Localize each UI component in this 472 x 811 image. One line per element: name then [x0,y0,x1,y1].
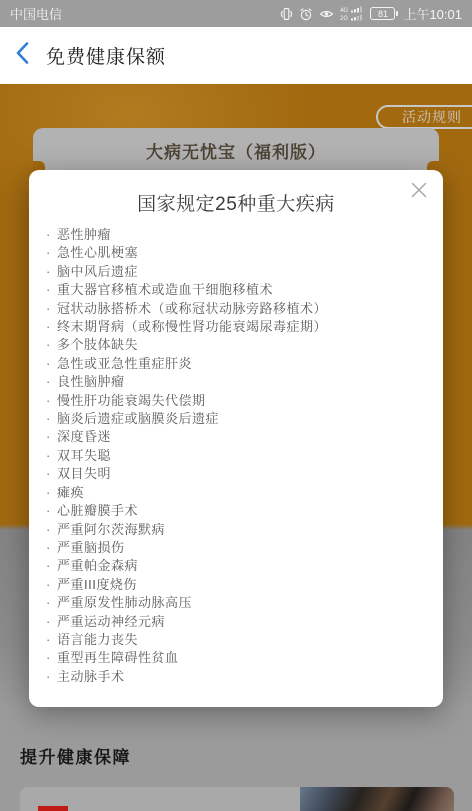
disease-list-item: · 严重脑损伤 [46,539,443,557]
disease-name: 严重阿尔茨海默病 [57,521,165,539]
bullet-dot: · [46,263,57,281]
bullet-dot: · [46,484,57,502]
bullet-dot: · [46,392,57,410]
disease-list-item: · 多个肢体缺失 [46,336,443,354]
bullet-dot: · [46,465,57,483]
disease-name: 心脏瓣膜手术 [57,502,138,520]
disease-name: 重大器官移植术或造血干细胞移植术 [57,281,273,299]
disease-list: · 恶性肿瘤 · 急性心肌梗塞 · 脑中风后遗症 · 重大器官移植术或造血干细胞… [46,226,443,686]
disease-name: 瘫痪 [57,484,84,502]
disease-name: 脑炎后遗症或脑膜炎后遗症 [57,410,219,428]
disease-list-item: · 脑中风后遗症 [46,263,443,281]
disease-list-item: · 心脏瓣膜手术 [46,502,443,520]
disease-name: 重型再生障碍性贫血 [57,649,179,667]
disease-list-item: · 深度昏迷 [46,428,443,446]
disease-list-item: · 重型再生障碍性贫血 [46,649,443,667]
bullet-dot: · [46,539,57,557]
disease-list-item: · 双目失明 [46,465,443,483]
disease-list-item: · 瘫痪 [46,484,443,502]
close-icon[interactable] [410,181,428,199]
bullet-dot: · [46,668,57,686]
disease-name: 深度昏迷 [57,428,111,446]
bullet-dot: · [46,521,57,539]
disease-name: 急性心肌梗塞 [57,244,138,262]
disease-list-item: · 急性心肌梗塞 [46,244,443,262]
bullet-dot: · [46,576,57,594]
bullet-dot: · [46,631,57,649]
disease-list-item: · 严重原发性肺动脉高压 [46,594,443,612]
disease-name: 严重帕金森病 [57,557,138,575]
bullet-dot: · [46,410,57,428]
disease-name: 良性脑肿瘤 [57,373,125,391]
disease-name: 严重运动神经元病 [57,613,165,631]
bullet-dot: · [46,244,57,262]
bullet-dot: · [46,649,57,667]
bullet-dot: · [46,502,57,520]
bullet-dot: · [46,373,57,391]
disease-name: 严重III度烧伤 [57,576,137,594]
disease-list-item: · 严重阿尔茨海默病 [46,521,443,539]
disease-list-item: · 主动脉手术 [46,668,443,686]
disease-name: 双耳失聪 [57,447,111,465]
disease-list-item: · 语言能力丧失 [46,631,443,649]
bullet-dot: · [46,428,57,446]
disease-list-item: · 终末期肾病（或称慢性肾功能衰竭尿毒症期） [46,318,443,336]
disease-list-item: · 严重运动神经元病 [46,613,443,631]
disease-name: 双目失明 [57,465,111,483]
disease-name: 冠状动脉搭桥术（或称冠状动脉旁路移植术） [57,300,327,318]
disease-name: 严重原发性肺动脉高压 [57,594,192,612]
disease-list-item: · 恶性肿瘤 [46,226,443,244]
disease-list-item: · 良性脑肿瘤 [46,373,443,391]
disease-list-item: · 严重III度烧伤 [46,576,443,594]
disease-name: 终末期肾病（或称慢性肾功能衰竭尿毒症期） [57,318,327,336]
bullet-dot: · [46,226,57,244]
disease-name: 慢性肝功能衰竭失代偿期 [57,392,206,410]
disease-list-item: · 慢性肝功能衰竭失代偿期 [46,392,443,410]
disease-list-item: · 脑炎后遗症或脑膜炎后遗症 [46,410,443,428]
bullet-dot: · [46,557,57,575]
disease-list-item: · 严重帕金森病 [46,557,443,575]
disease-list-item: · 冠状动脉搭桥术（或称冠状动脉旁路移植术） [46,300,443,318]
disease-name: 脑中风后遗症 [57,263,138,281]
modal-title: 国家规定25种重大疾病 [29,189,443,216]
disease-name: 恶性肿瘤 [57,226,111,244]
disease-list-item: · 重大器官移植术或造血干细胞移植术 [46,281,443,299]
disease-list-modal: 国家规定25种重大疾病 · 恶性肿瘤 · 急性心肌梗塞 · 脑中风后遗症 [29,170,443,707]
bullet-dot: · [46,447,57,465]
bullet-dot: · [46,355,57,373]
bullet-dot: · [46,300,57,318]
disease-name: 多个肢体缺失 [57,336,138,354]
disease-name: 语言能力丧失 [57,631,138,649]
bullet-dot: · [46,281,57,299]
disease-name: 急性或亚急性重症肝炎 [57,355,192,373]
bullet-dot: · [46,613,57,631]
bullet-dot: · [46,318,57,336]
disease-list-item: · 双耳失聪 [46,447,443,465]
bullet-dot: · [46,336,57,354]
phone-screen: 中国电信 [0,0,472,811]
bullet-dot: · [46,594,57,612]
disease-list-item: · 急性或亚急性重症肝炎 [46,355,443,373]
disease-name: 主动脉手术 [57,668,125,686]
disease-name: 严重脑损伤 [57,539,125,557]
